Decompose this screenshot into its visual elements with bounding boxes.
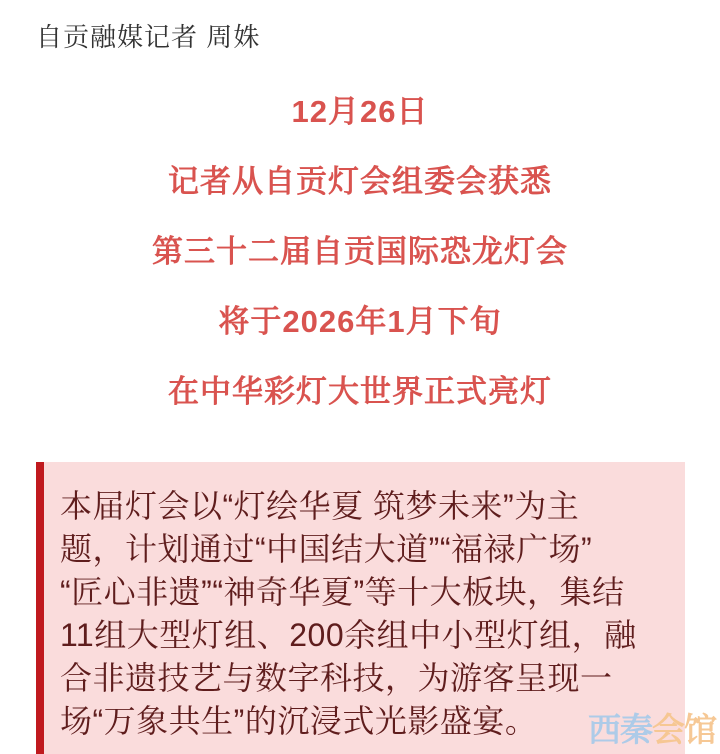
- headline-line-event: 第三十二届自贡国际恐龙灯会: [0, 232, 720, 272]
- watermark-text-orange: 会馆: [652, 711, 716, 748]
- watermark-text-blue: 西秦: [588, 711, 652, 748]
- quote-text-line: 合非遗技艺与数字科技，为游客呈现一: [60, 657, 657, 700]
- headline-line-date: 12月26日: [0, 92, 720, 132]
- quote-text-line: “匠心非遗”“神奇华夏”等十大板块，集结: [60, 571, 657, 614]
- quote-text-line: 11组大型灯组、200余组中小型灯组，融: [60, 614, 657, 657]
- quote-text-line: 本届灯会以“灯绘华夏 筑梦未来”为主: [60, 485, 657, 528]
- headline-line-venue: 在中华彩灯大世界正式亮灯: [0, 372, 720, 412]
- headline-line-time: 将于2026年1月下旬: [0, 302, 720, 342]
- quote-text-line: 场“万象共生”的沉浸式光影盛宴。: [60, 700, 657, 743]
- byline: 自贡融媒记者 周姝: [36, 22, 260, 52]
- quote-text-line: 题，计划通过“中国结大道”“福禄广场”: [60, 528, 657, 571]
- headline-line-source: 记者从自贡灯会组委会获悉: [0, 162, 720, 202]
- headline-block: 12月26日 记者从自贡灯会组委会获悉 第三十二届自贡国际恐龙灯会 将于2026…: [0, 92, 720, 442]
- watermark-logo: 西秦会馆: [588, 710, 716, 750]
